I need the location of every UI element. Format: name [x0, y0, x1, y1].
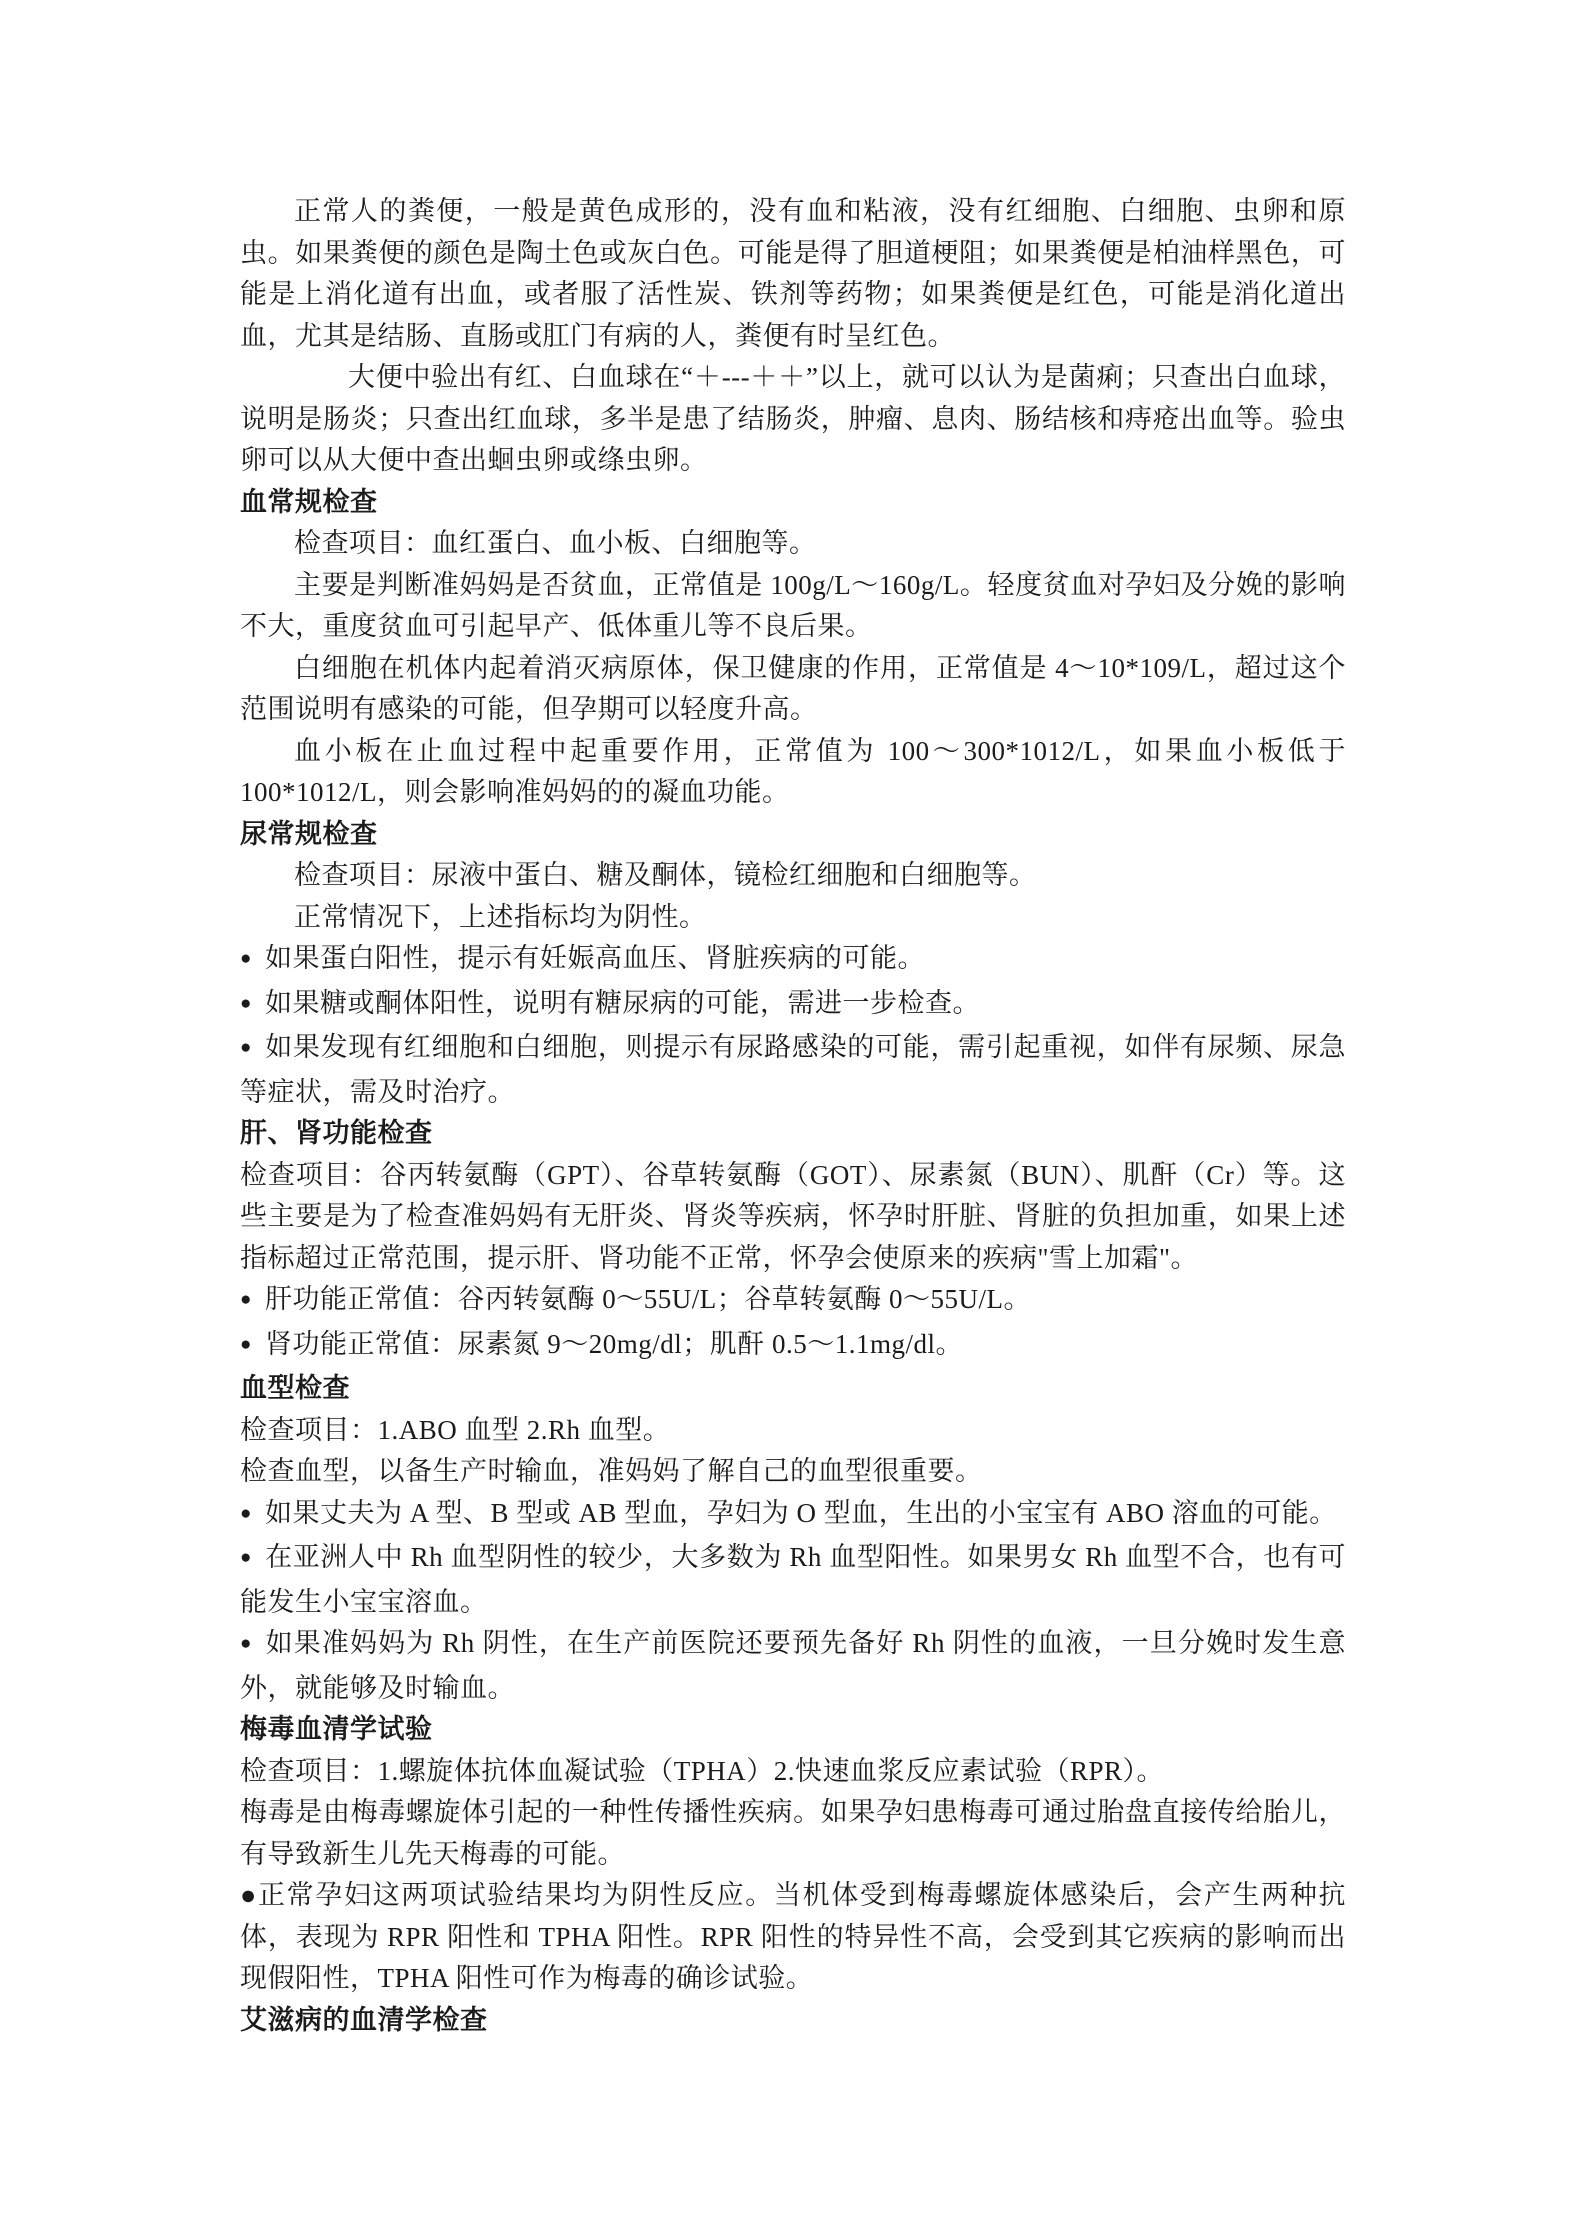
- bullet-item-sugar-ketone-positive: ●如果糖或酮体阳性，说明有糖尿病的可能，需进一步检查。: [240, 983, 1346, 1028]
- paragraph-blood-type-items: 检查项目：1.ABO 血型 2.Rh 血型。: [240, 1410, 1346, 1452]
- paragraph-liver-kidney-items: 检查项目：谷丙转氨酶（GPT）、谷草转氨酶（GOT）、尿素氮（BUN）、肌酐（C…: [240, 1155, 1346, 1280]
- bullet-icon: ●: [240, 1633, 253, 1654]
- paragraph-stool-blood-cells: 大便中验出有红、白血球在“＋---＋＋”以上，就可以认为是菌痢；只查出白血球，说…: [240, 357, 1346, 482]
- bullet-text: 如果发现有红细胞和白细胞，则提示有尿路感染的可能，需引起重视，如伴有尿频、尿急等…: [240, 1032, 1346, 1107]
- paragraph-urine-normal: 正常情况下，上述指标均为阴性。: [240, 897, 1346, 939]
- paragraph-syphilis-results: ●正常孕妇这两项试验结果均为阴性反应。当机体受到梅毒螺旋体感染后，会产生两种抗体…: [240, 1875, 1346, 2000]
- heading-blood-routine-test: 血常规检查: [240, 482, 1346, 524]
- heading-syphilis-serology-test: 梅毒血清学试验: [240, 1709, 1346, 1751]
- heading-blood-type-test: 血型检查: [240, 1368, 1346, 1410]
- bullet-item-protein-positive: ●如果蛋白阳性，提示有妊娠高血压、肾脏疾病的可能。: [240, 938, 1346, 983]
- heading-urine-routine-test: 尿常规检查: [240, 814, 1346, 856]
- bullet-icon: ●: [240, 948, 252, 969]
- paragraph-hemoglobin: 主要是判断准妈妈是否贫血，正常值是 100g/L～160g/L。轻度贫血对孕妇及…: [240, 565, 1346, 648]
- bullet-icon: ●: [240, 1289, 252, 1310]
- bullet-text: 肾功能正常值：尿素氮 9～20mg/dl；肌酐 0.5～1.1mg/dl。: [265, 1329, 963, 1359]
- bullet-item-rh-negative-preparation: ●如果准妈妈为 Rh 阴性，在生产前医院还要预先备好 Rh 阴性的血液，一旦分娩…: [240, 1623, 1346, 1709]
- bullet-item-rh-negative-rare: ●在亚洲人中 Rh 血型阴性的较少，大多数为 Rh 血型阳性。如果男女 Rh 血…: [240, 1537, 1346, 1623]
- paragraph-blood-test-items: 检查项目：血红蛋白、血小板、白细胞等。: [240, 523, 1346, 565]
- bullet-icon: ●: [240, 1547, 252, 1568]
- bullet-item-kidney-normal-values: ●肾功能正常值：尿素氮 9～20mg/dl；肌酐 0.5～1.1mg/dl。: [240, 1324, 1346, 1369]
- bullet-icon: ●: [240, 1503, 252, 1524]
- bullet-item-liver-normal-values: ●肝功能正常值：谷丙转氨酶 0～55U/L；谷草转氨酶 0～55U/L。: [240, 1279, 1346, 1324]
- bullet-text: 在亚洲人中 Rh 血型阴性的较少，大多数为 Rh 血型阳性。如果男女 Rh 血型…: [240, 1542, 1346, 1617]
- bullet-icon: ●: [240, 1334, 252, 1355]
- bullet-icon: ●: [240, 1037, 252, 1058]
- heading-aids-serology-test: 艾滋病的血清学检查: [240, 2000, 1346, 2042]
- document-body: 正常人的粪便，一般是黄色成形的，没有血和粘液，没有红细胞、白细胞、虫卵和原虫。如…: [240, 191, 1346, 2041]
- paragraph-syphilis-test-items: 检查项目：1.螺旋体抗体血凝试验（TPHA）2.快速血浆反应素试验（RPR）。: [240, 1751, 1346, 1793]
- paragraph-urine-test-items: 检查项目：尿液中蛋白、糖及酮体，镜检红细胞和白细胞等。: [240, 855, 1346, 897]
- paragraph-blood-type-importance: 检查血型，以备生产时输血，准妈妈了解自己的血型很重要。: [240, 1451, 1346, 1493]
- bullet-icon: ●: [240, 993, 252, 1014]
- bullet-item-abo-hemolysis: ●如果丈夫为 A 型、B 型或 AB 型血，孕妇为 O 型血，生出的小宝宝有 A…: [240, 1493, 1346, 1538]
- bullet-text: 肝功能正常值：谷丙转氨酶 0～55U/L；谷草转氨酶 0～55U/L。: [265, 1284, 1031, 1314]
- bullet-text: 如果丈夫为 A 型、B 型或 AB 型血，孕妇为 O 型血，生出的小宝宝有 AB…: [265, 1498, 1337, 1528]
- bullet-text: 如果蛋白阳性，提示有妊娠高血压、肾脏疾病的可能。: [265, 943, 925, 973]
- paragraph-syphilis-description: 梅毒是由梅毒螺旋体引起的一种性传播性疾病。如果孕妇患梅毒可通过胎盘直接传给胎儿，…: [240, 1792, 1346, 1875]
- heading-liver-kidney-function-test: 肝、肾功能检查: [240, 1113, 1346, 1155]
- paragraph-stool-normal: 正常人的粪便，一般是黄色成形的，没有血和粘液，没有红细胞、白细胞、虫卵和原虫。如…: [240, 191, 1346, 357]
- paragraph-white-blood-cells: 白细胞在机体内起着消灭病原体，保卫健康的作用，正常值是 4～10*109/L，超…: [240, 648, 1346, 731]
- bullet-text: 如果糖或酮体阳性，说明有糖尿病的可能，需进一步检查。: [265, 988, 980, 1018]
- document-page: 正常人的粪便，一般是黄色成形的，没有血和粘液，没有红细胞、白细胞、虫卵和原虫。如…: [0, 0, 1584, 2240]
- paragraph-platelets: 血小板在止血过程中起重要作用，正常值为 100～300*1012/L，如果血小板…: [240, 731, 1346, 814]
- bullet-text: 如果准妈妈为 Rh 阴性，在生产前医院还要预先备好 Rh 阴性的血液，一旦分娩时…: [240, 1628, 1346, 1703]
- bullet-item-urinary-infection: ●如果发现有红细胞和白细胞，则提示有尿路感染的可能，需引起重视，如伴有尿频、尿急…: [240, 1027, 1346, 1113]
